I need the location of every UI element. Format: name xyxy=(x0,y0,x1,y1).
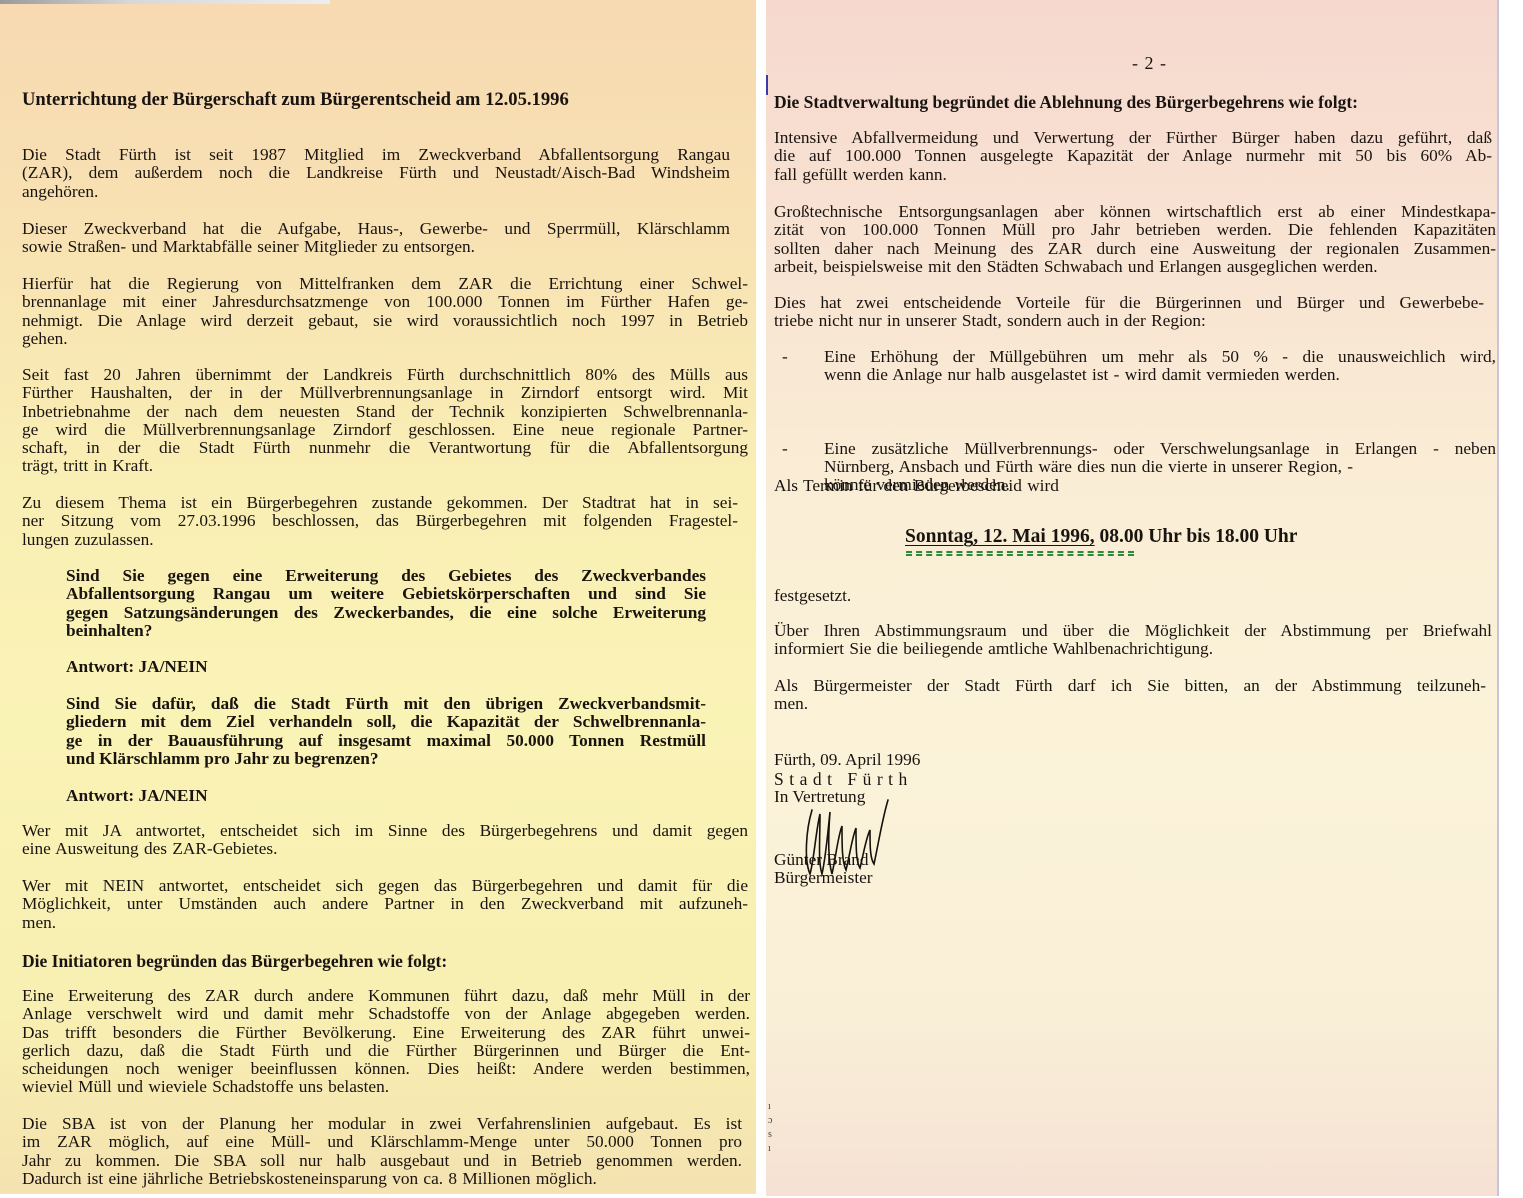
initiators-heading: Die Initiatoren begründen das Bürgerbege… xyxy=(22,951,447,971)
referendum-date: Sonntag, 12. Mai 1996, 08.00 Uhr bis 18.… xyxy=(905,526,1297,548)
administration-heading: Die Stadtverwaltung begründet die Ablehn… xyxy=(774,92,1358,112)
paragraph-capacity: Intensive Abfallvermeidung und Verwertun… xyxy=(774,129,1492,184)
document-page-1: Unterrichtung der Bürgerschaft zum Bürge… xyxy=(0,0,756,1194)
paragraph-voting-info: Über Ihren Abstimmungsraum und über die … xyxy=(774,622,1492,659)
paragraph-initiators-1: Eine Erweiterung des ZAR durch andere Ko… xyxy=(22,987,750,1097)
paragraph-task: Dieser Zweckverband hat die Aufgabe, Hau… xyxy=(22,220,730,257)
ballot-answer-1: Antwort: JA/NEIN xyxy=(66,658,706,676)
festgesetzt-text: festgesetzt. xyxy=(774,587,851,605)
margin-mark xyxy=(766,75,768,95)
ballot-answer-2: Antwort: JA/NEIN xyxy=(66,787,706,805)
paragraph-no-meaning: Wer mit NEIN antwortet, entscheidet sich… xyxy=(22,877,748,932)
paragraph-history: Seit fast 20 Jahren übernimmt der Landkr… xyxy=(22,366,748,476)
ballot-question-2: Sind Sie dafür, daß die Stadt Fürth mit … xyxy=(66,695,706,768)
bullet-item-1: - Eine Erhöhung der Müllgebühren um mehr… xyxy=(774,348,1496,385)
date-intro: Als Termin für den Bürgerbescheid wird xyxy=(774,477,1059,495)
document-title: Unterrichtung der Bürgerschaft zum Bürge… xyxy=(22,90,569,110)
handwritten-signature-icon xyxy=(798,790,898,880)
referendum-time: 08.00 Uhr bis 18.00 Uhr xyxy=(1099,526,1297,547)
paragraph-closing: Als Bürgermeister der Stadt Fürth darf i… xyxy=(774,677,1486,714)
city-stamp: Stadt Fürth xyxy=(774,770,920,789)
scan-edge xyxy=(0,0,330,4)
green-marker-underline xyxy=(906,551,1134,556)
paragraph-economics: Großtechnische Entsorgungsanlagen aber k… xyxy=(774,203,1496,276)
paragraph-petition: Zu diesem Thema ist ein Bürgerbegehren z… xyxy=(22,494,738,549)
paragraph-initiators-2: Die SBA ist von der Planung her modular … xyxy=(22,1115,742,1188)
paragraph-yes-meaning: Wer mit JA antwortet, entscheidet sich i… xyxy=(22,822,748,859)
document-page-2: - 2 - Die Stadtverwaltung begründet die … xyxy=(766,0,1499,1196)
paragraph-advantages: Dies hat zwei entscheidende Vorteile für… xyxy=(774,294,1484,331)
margin-letters: ıɔsı xyxy=(768,1100,776,1156)
referendum-date-underlined: Sonntag, 12. Mai 1996, xyxy=(905,526,1095,547)
paragraph-intro: Die Stadt Fürth ist seit 1987 Mitglied i… xyxy=(22,146,730,201)
ballot-question-1: Sind Sie gegen eine Erweiterung des Gebi… xyxy=(66,567,706,640)
page-number: - 2 - xyxy=(1132,53,1167,74)
place-date: Fürth, 09. April 1996 xyxy=(774,751,920,770)
paragraph-permit: Hierfür hat die Regierung von Mittelfran… xyxy=(22,275,748,348)
